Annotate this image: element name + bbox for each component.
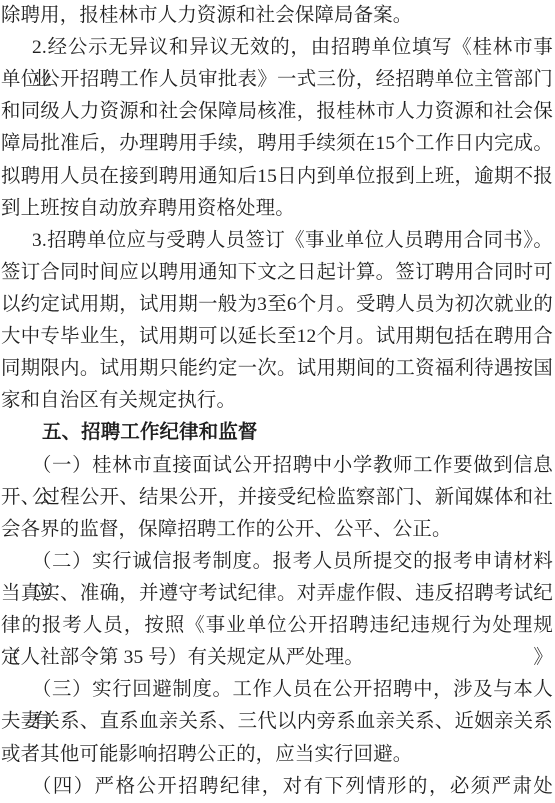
text-line: 律的报考人员，按照《事业单位公开招聘违纪违规行为处理规定》 bbox=[1, 610, 553, 642]
text-line: 2.经公示无异议和异议无效的，由招聘单位填写《桂林市事业 bbox=[1, 32, 553, 64]
text-line: 单位公开招聘工作人员审批表》一式三份，经招聘单位主管部门 bbox=[1, 64, 553, 96]
text-line: 和同级人力资源和社会保障局核准，报桂林市人力资源和社会保 bbox=[1, 96, 553, 128]
text-line: 拟聘用人员在接到聘用通知后15日内到单位报到上班，逾期不报 bbox=[1, 161, 553, 193]
text-line: 除聘用，报桂林市人力资源和社会保障局备案。 bbox=[1, 0, 553, 32]
section-heading: 五、招聘工作纪律和监督 bbox=[1, 417, 553, 449]
text-line: 开、过程公开、结果公开，并接受纪检监察部门、新闻媒体和社 bbox=[1, 482, 553, 514]
text-line: 或者其他可能影响招聘公正的，应当实行回避。 bbox=[1, 739, 553, 771]
text-line: （一）桂林市直接面试公开招聘中小学教师工作要做到信息公 bbox=[1, 450, 553, 482]
text-line: （四）严格公开招聘纪律，对有下列情形的，必须严肃处理： bbox=[1, 771, 553, 803]
text-line: 以约定试用期，试用期一般为3至6个月。受聘人员为初次就业的 bbox=[1, 289, 553, 321]
text-line: 家和自治区有关规定执行。 bbox=[1, 385, 553, 417]
text-line: 当真实、准确，并遵守考试纪律。对弄虚作假、违反招聘考试纪 bbox=[1, 578, 553, 610]
text-line: 会各界的监督，保障招聘工作的公开、公平、公正。 bbox=[1, 514, 553, 546]
text-line: 到上班按自动放弃聘用资格处理。 bbox=[1, 193, 553, 225]
text-line: 签订合同时间应以聘用通知下文之日起计算。签订聘用合同时可 bbox=[1, 257, 553, 289]
document-page: 除聘用，报桂林市人力资源和社会保障局备案。 2.经公示无异议和异议无效的，由招聘… bbox=[0, 0, 555, 803]
text-line: 3.招聘单位应与受聘人员签订《事业单位人员聘用合同书》。 bbox=[1, 225, 553, 257]
text-line: （三）实行回避制度。工作人员在公开招聘中，涉及与本人有 bbox=[1, 674, 553, 706]
text-line: 夫妻关系、直系血亲关系、三代以内旁系血亲关系、近姻亲关系 bbox=[1, 706, 553, 738]
text-line: （二）实行诚信报考制度。报考人员所提交的报考申请材料应 bbox=[1, 546, 553, 578]
text-line: 大中专毕业生，试用期可以延长至12个月。试用期包括在聘用合 bbox=[1, 321, 553, 353]
text-line: 同期限内。试用期只能约定一次。试用期间的工资福利待遇按国 bbox=[1, 353, 553, 385]
text-line: 障局批准后，办理聘用手续，聘用手续须在15个工作日内完成。 bbox=[1, 128, 553, 160]
